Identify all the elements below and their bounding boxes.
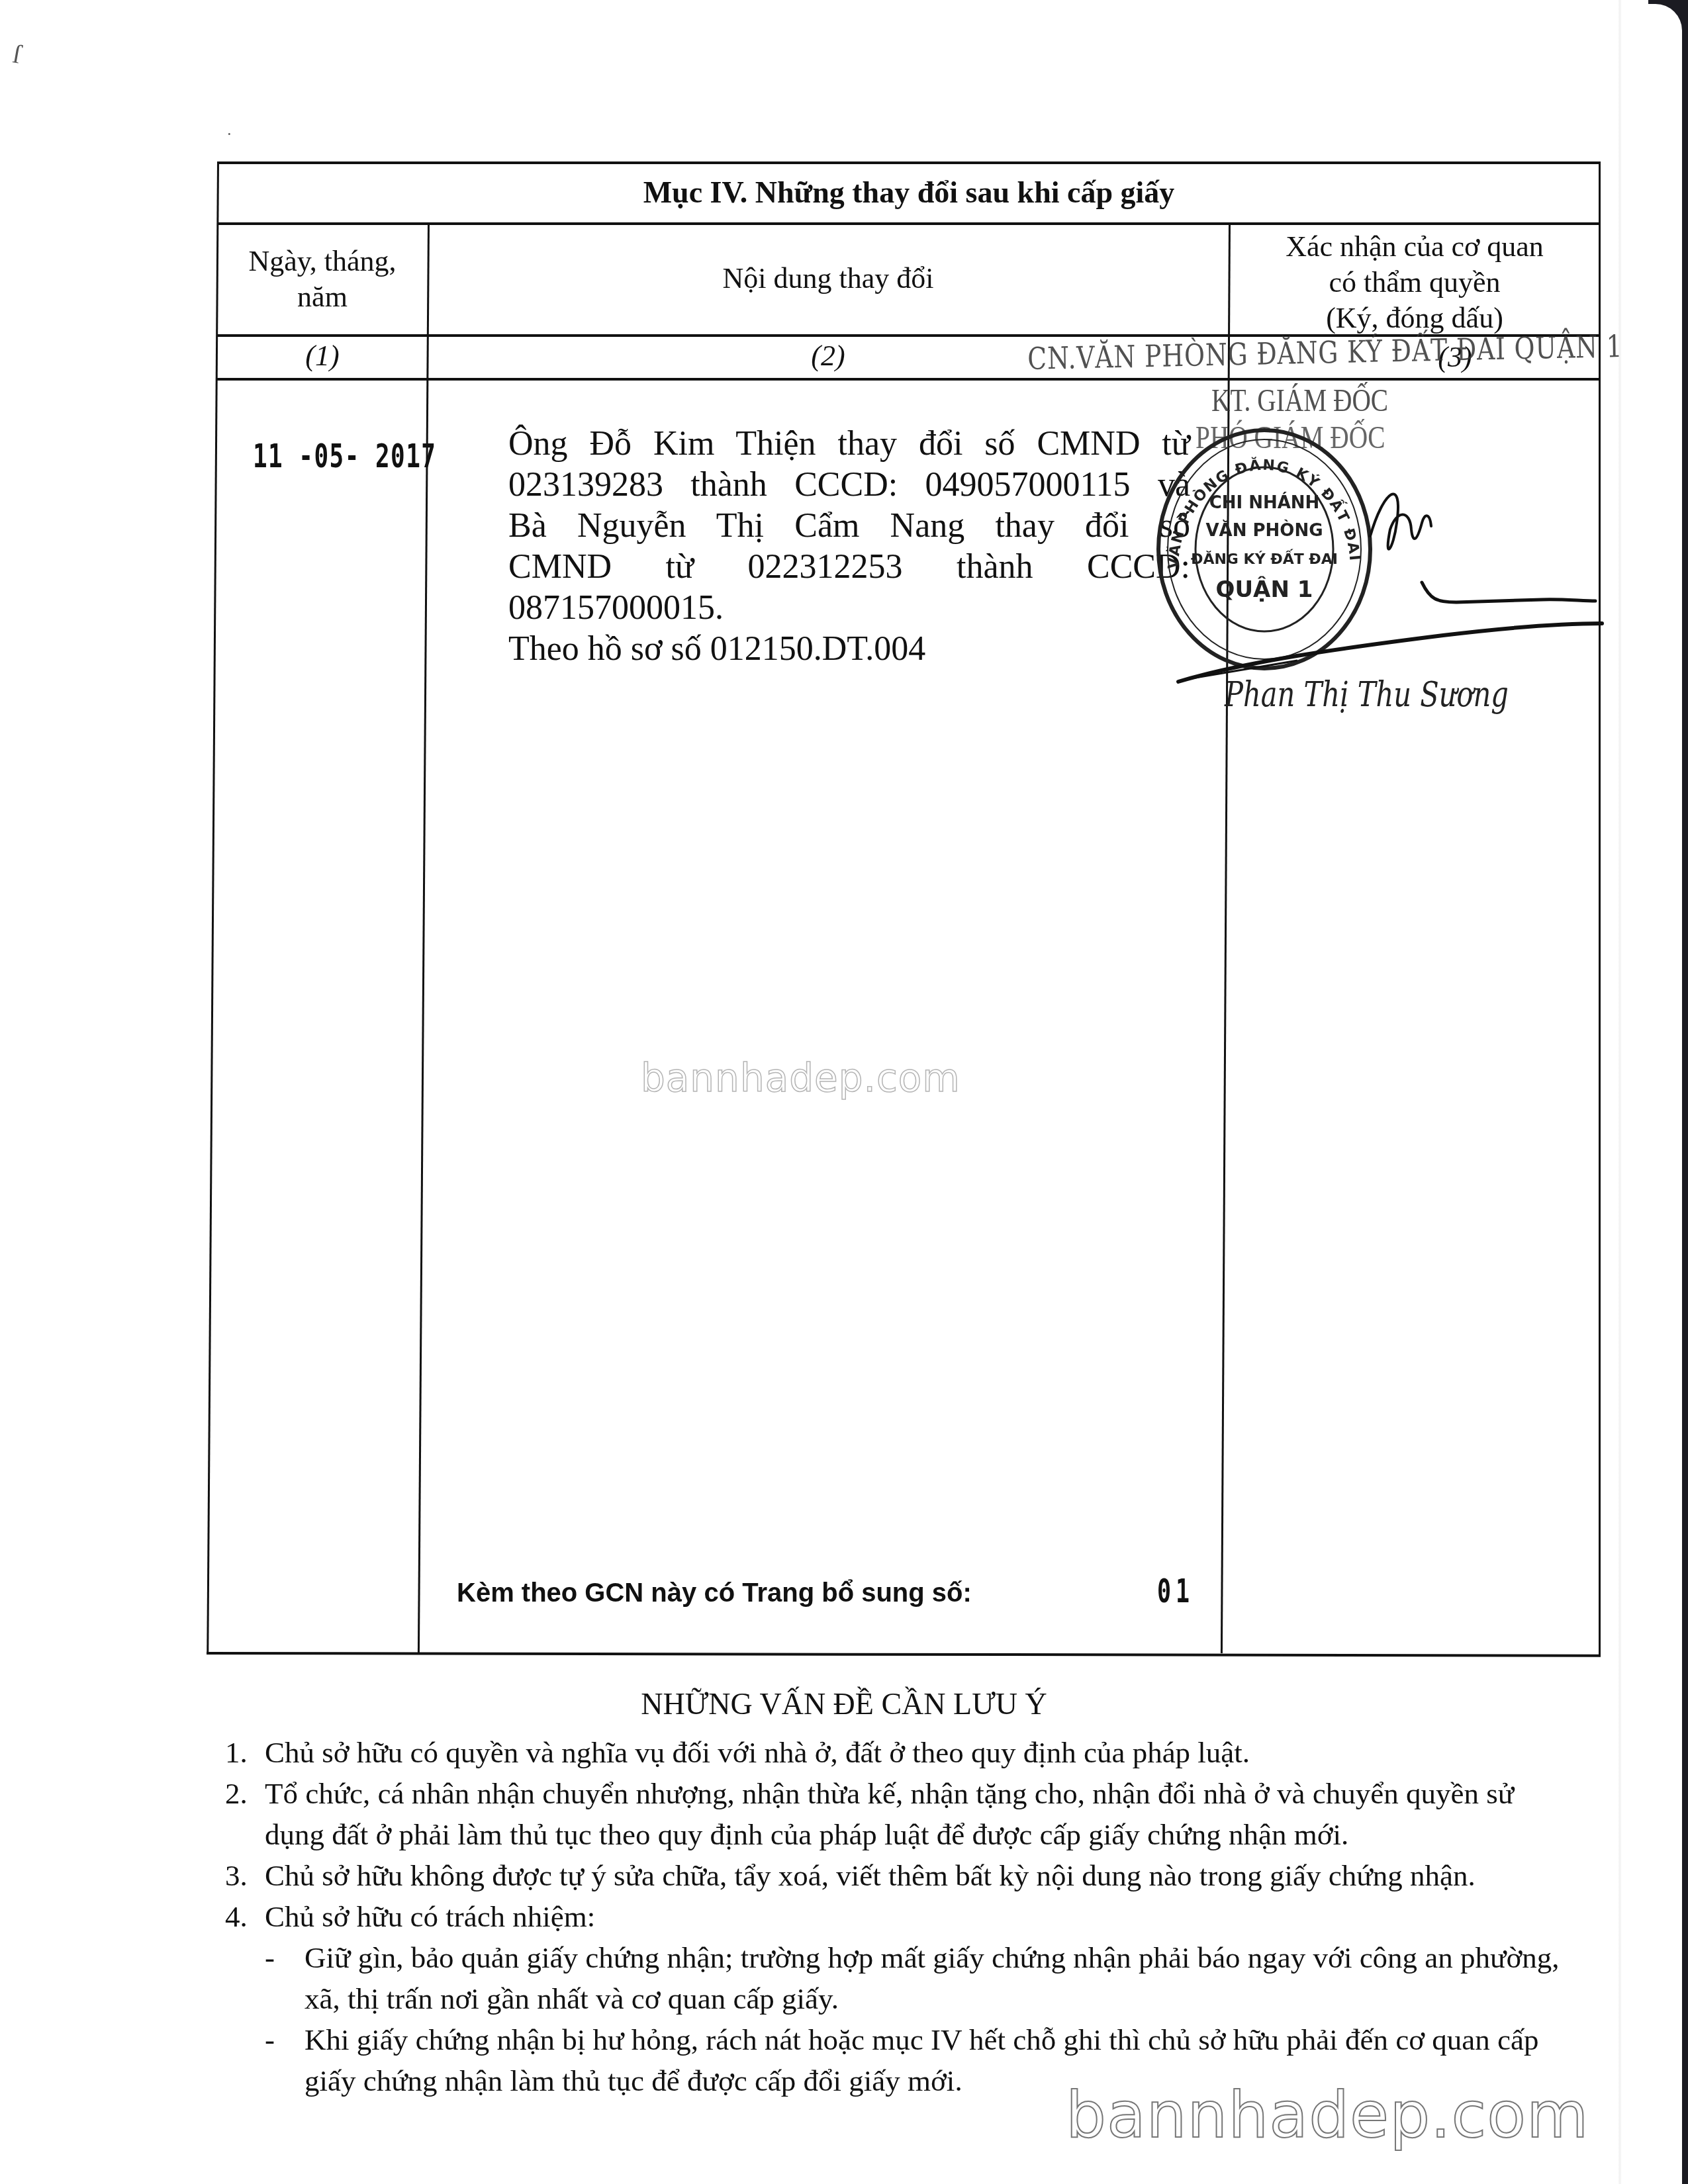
title-divider — [217, 222, 1601, 225]
note-sub-text: Giữ gìn, bảo quản giấy chứng nhận; trườn… — [305, 1941, 1560, 2015]
column-number-1: (1) — [217, 339, 428, 373]
content-line: Ông Đỗ Kim Thiện thay đổi số CMND từ — [508, 424, 1190, 465]
note-number: 4. — [225, 1896, 248, 1937]
note-item: 2. Tổ chức, cá nhân nhận chuyển nhượng, … — [225, 1773, 1562, 1855]
header-date: Ngày, tháng, năm — [217, 244, 428, 315]
changes-table: Mục IV. Những thay đổi sau khi cấp giấy … — [217, 161, 1601, 1655]
table-border-right — [1599, 161, 1601, 1655]
note-item: 4. Chủ sở hữu có trách nhiệm: — [225, 1896, 1562, 1937]
note-number: 1. — [225, 1732, 248, 1773]
content-line: Bà Nguyễn Thị Cẩm Nang thay đổi số — [508, 506, 1190, 547]
header-date-line-1: Ngày, tháng, — [217, 244, 428, 279]
note-text: Chủ sở hữu có quyền và nghĩa vụ đối với … — [265, 1736, 1250, 1769]
header-date-line-2: năm — [217, 279, 428, 315]
header-content-line-1: Nội dung thay đổi — [428, 261, 1229, 296]
watermark-footer: bannhadep.com — [1066, 2078, 1589, 2152]
scan-speck: · — [226, 126, 232, 143]
note-text: Tổ chức, cá nhân nhận chuyển nhượng, nhậ… — [265, 1777, 1514, 1851]
header-cert-line-2: có thẩm quyền — [1231, 265, 1599, 300]
dossier-reference: Theo hồ sơ số 012150.DT.004 — [508, 629, 1190, 670]
table-border-left — [207, 161, 219, 1655]
dash-bullet-icon: - — [265, 2019, 275, 2060]
note-number: 2. — [225, 1773, 248, 1814]
header-content: Nội dung thay đổi — [428, 261, 1229, 296]
content-line: CMND từ 022312253 thành CCCD: — [508, 547, 1190, 588]
note-text: Chủ sở hữu không được tự ý sửa chữa, tẩy… — [265, 1859, 1476, 1892]
table-border-top — [217, 161, 1601, 164]
change-date: 11 -05- 2017 — [253, 437, 436, 475]
number-row-divider — [217, 378, 1601, 381]
content-line: 023139283 thành CCCD: 049057000115 và — [508, 465, 1190, 506]
note-sub-item: - Giữ gìn, bảo quản giấy chứng nhận; trư… — [225, 1937, 1562, 2019]
section-title: Mục IV. Những thay đổi sau khi cấp giấy — [217, 175, 1601, 210]
watermark: bannhadep.com — [641, 1056, 961, 1101]
header-cert-line-1: Xác nhận của cơ quan — [1231, 229, 1599, 265]
scan-speck: ſ — [11, 40, 23, 68]
notes-title: NHỮNG VẤN ĐỀ CẦN LƯU Ý — [0, 1686, 1688, 1721]
dash-bullet-icon: - — [265, 1937, 275, 1978]
notes-list: 1. Chủ sở hữu có quyền và nghĩa vụ đối v… — [225, 1732, 1562, 2101]
scanner-corner — [1648, 0, 1688, 40]
note-item: 3. Chủ sở hữu không được tự ý sửa chữa, … — [225, 1855, 1562, 1896]
supplement-number: 01 — [1157, 1572, 1194, 1610]
scanner-edge — [1682, 0, 1688, 2184]
signer-name: Phan Thị Thu Sương — [1225, 675, 1509, 715]
table-border-bottom — [207, 1652, 1601, 1657]
note-text: Chủ sở hữu có trách nhiệm: — [265, 1900, 595, 1933]
supplement-label: Kèm theo GCN này có Trang bổ sung số: — [457, 1578, 972, 1608]
header-certification: Xác nhận của cơ quan có thẩm quyền (Ký, … — [1231, 229, 1599, 336]
signer-role-line-1: KT. GIÁM ĐỐC — [1211, 383, 1388, 419]
note-number: 3. — [225, 1855, 248, 1896]
note-item: 1. Chủ sở hữu có quyền và nghĩa vụ đối v… — [225, 1732, 1562, 1773]
content-line: 087157000015. — [508, 588, 1190, 629]
change-content: Ông Đỗ Kim Thiện thay đổi số CMND từ 023… — [508, 424, 1190, 670]
